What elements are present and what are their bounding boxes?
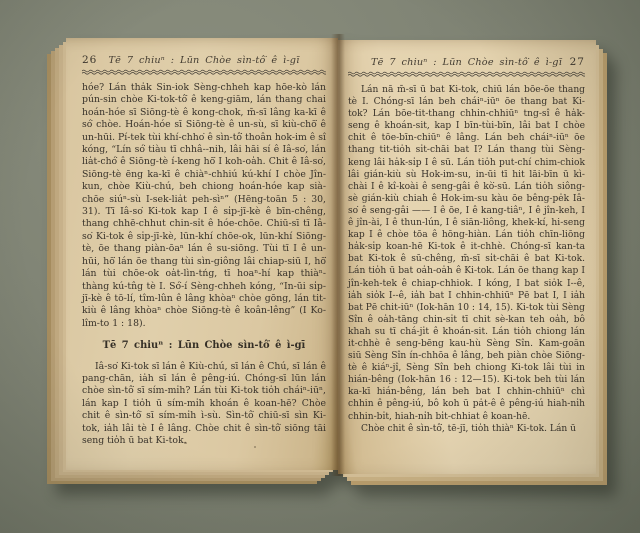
chapter-heading: Tē 7 chiuⁿ : Lūn Chòe sìn-tô͘ ê ì-gī — [82, 340, 326, 352]
left-page: 26 Tē 7 chiuⁿ : Lūn Chòe sìn-tô͘ ê ì-gī … — [66, 38, 338, 470]
page-number-left: 26 — [82, 54, 108, 66]
open-book: 26 Tē 7 chiuⁿ : Lūn Chòe sìn-tô͘ ê ì-gī … — [42, 34, 586, 480]
paragraph: Iâ-so͘ Ki-tok sī lán ê Kiù-chú, sī lán ê… — [82, 361, 326, 448]
header-rule-wavy-left — [82, 69, 326, 75]
right-page: Tē 7 chiuⁿ : Lūn Chòe sìn-tô͘ ê ì-gī 27 … — [338, 40, 596, 474]
running-header-title-left: Tē 7 chiuⁿ : Lūn Chòe sìn-tô͘ ê ì-gī — [108, 55, 299, 66]
paragraph: Chòe chit ê sìn-tô͘, tē-jī, tio̍h thiàⁿ … — [348, 423, 585, 435]
paragraph: hóe? Lán tha̍k Sin-iok Sèng-chheh kap hō… — [82, 82, 326, 330]
left-page-body: hóe? Lán tha̍k Sin-iok Sèng-chheh kap hō… — [82, 82, 326, 447]
running-header-title-right: Tē 7 chiuⁿ : Lūn Chòe sìn-tô͘ ê ì-gī — [371, 57, 562, 68]
running-header-left: 26 Tē 7 chiuⁿ : Lūn Chòe sìn-tô͘ ê ì-gī — [82, 54, 326, 66]
page-number-right: 27 — [562, 56, 585, 68]
paragraph: Lán nā m̄-sī ū bat Ki-tok, chiū lán bōe-… — [348, 84, 585, 423]
right-page-body: Lán nā m̄-sī ū bat Ki-tok, chiū lán bōe-… — [348, 84, 585, 435]
header-rule-wavy-right — [348, 71, 585, 77]
photo-background: { "photo": { "background_color": "#7d817… — [0, 0, 640, 533]
running-header-right: Tē 7 chiuⁿ : Lūn Chòe sìn-tô͘ ê ì-gī 27 — [348, 56, 585, 68]
